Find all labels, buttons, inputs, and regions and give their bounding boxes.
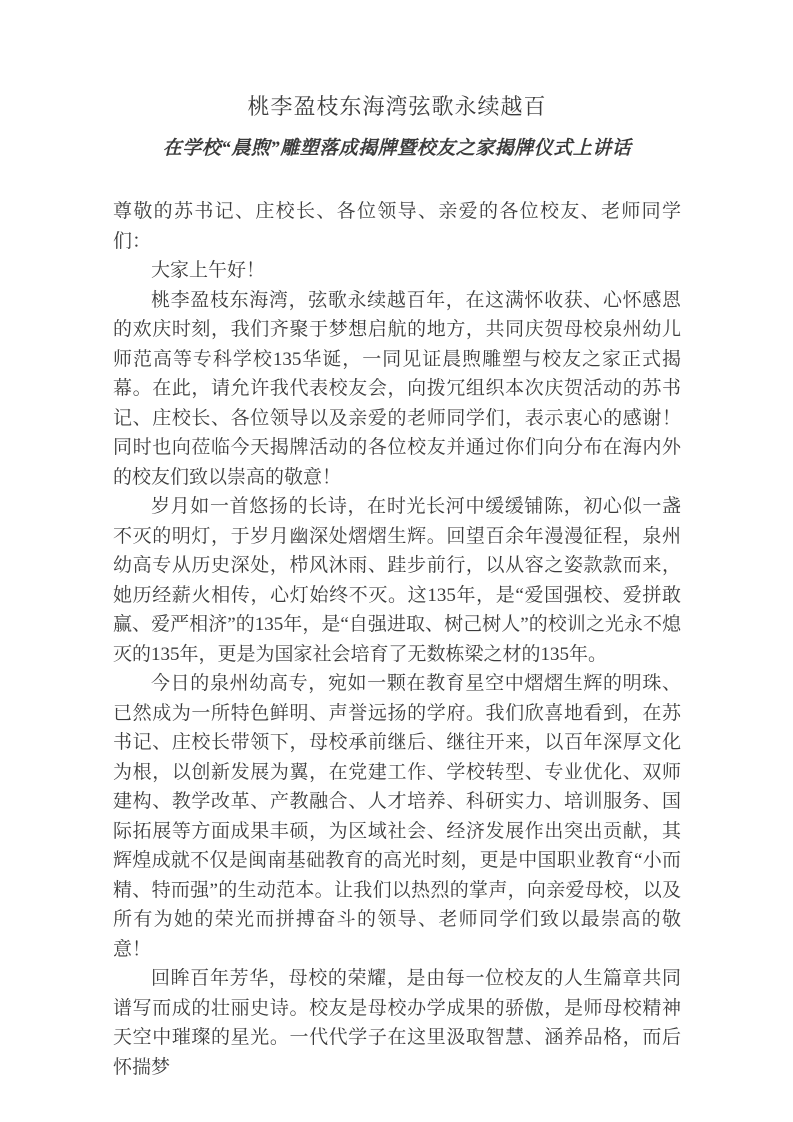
body-paragraph-1: 桃李盈枝东海湾，弦歌永续越百年，在这满怀收获、心怀感恩的欢庆时刻，我们齐聚于梦想… xyxy=(113,286,681,493)
document-title: 桃李盈枝东海湾弦歌永续越百 xyxy=(113,92,681,122)
document-page: 桃李盈枝东海湾弦歌永续越百 在学校“晨煦”雕塑落成揭牌暨校友之家揭牌仪式上讲话 … xyxy=(0,0,793,1122)
document-subtitle: 在学校“晨煦”雕塑落成揭牌暨校友之家揭牌仪式上讲话 xyxy=(113,135,681,163)
body-paragraph-3: 今日的泉州幼高专，宛如一颗在教育星空中熠熠生辉的明珠、已然成为一所特色鲜明、声誉… xyxy=(113,669,681,964)
body-paragraph-4: 回眸百年芳华，母校的荣耀，是由每一位校友的人生篇章共同谱写而成的壮丽史诗。校友是… xyxy=(113,964,681,1082)
document-body: 尊敬的苏书记、庄校长、各位领导、亲爱的各位校友、老师同学们： 大家上午好！ 桃李… xyxy=(113,197,681,1082)
greeting-line: 大家上午好！ xyxy=(113,256,681,286)
document-content: 桃李盈枝东海湾弦歌永续越百 在学校“晨煦”雕塑落成揭牌暨校友之家揭牌仪式上讲话 … xyxy=(113,92,681,1082)
salutation-line: 尊敬的苏书记、庄校长、各位领导、亲爱的各位校友、老师同学们： xyxy=(113,197,681,256)
body-paragraph-2: 岁月如一首悠扬的长诗，在时光长河中缓缓铺陈，初心似一盏不灭的明灯，于岁月幽深处熠… xyxy=(113,492,681,669)
